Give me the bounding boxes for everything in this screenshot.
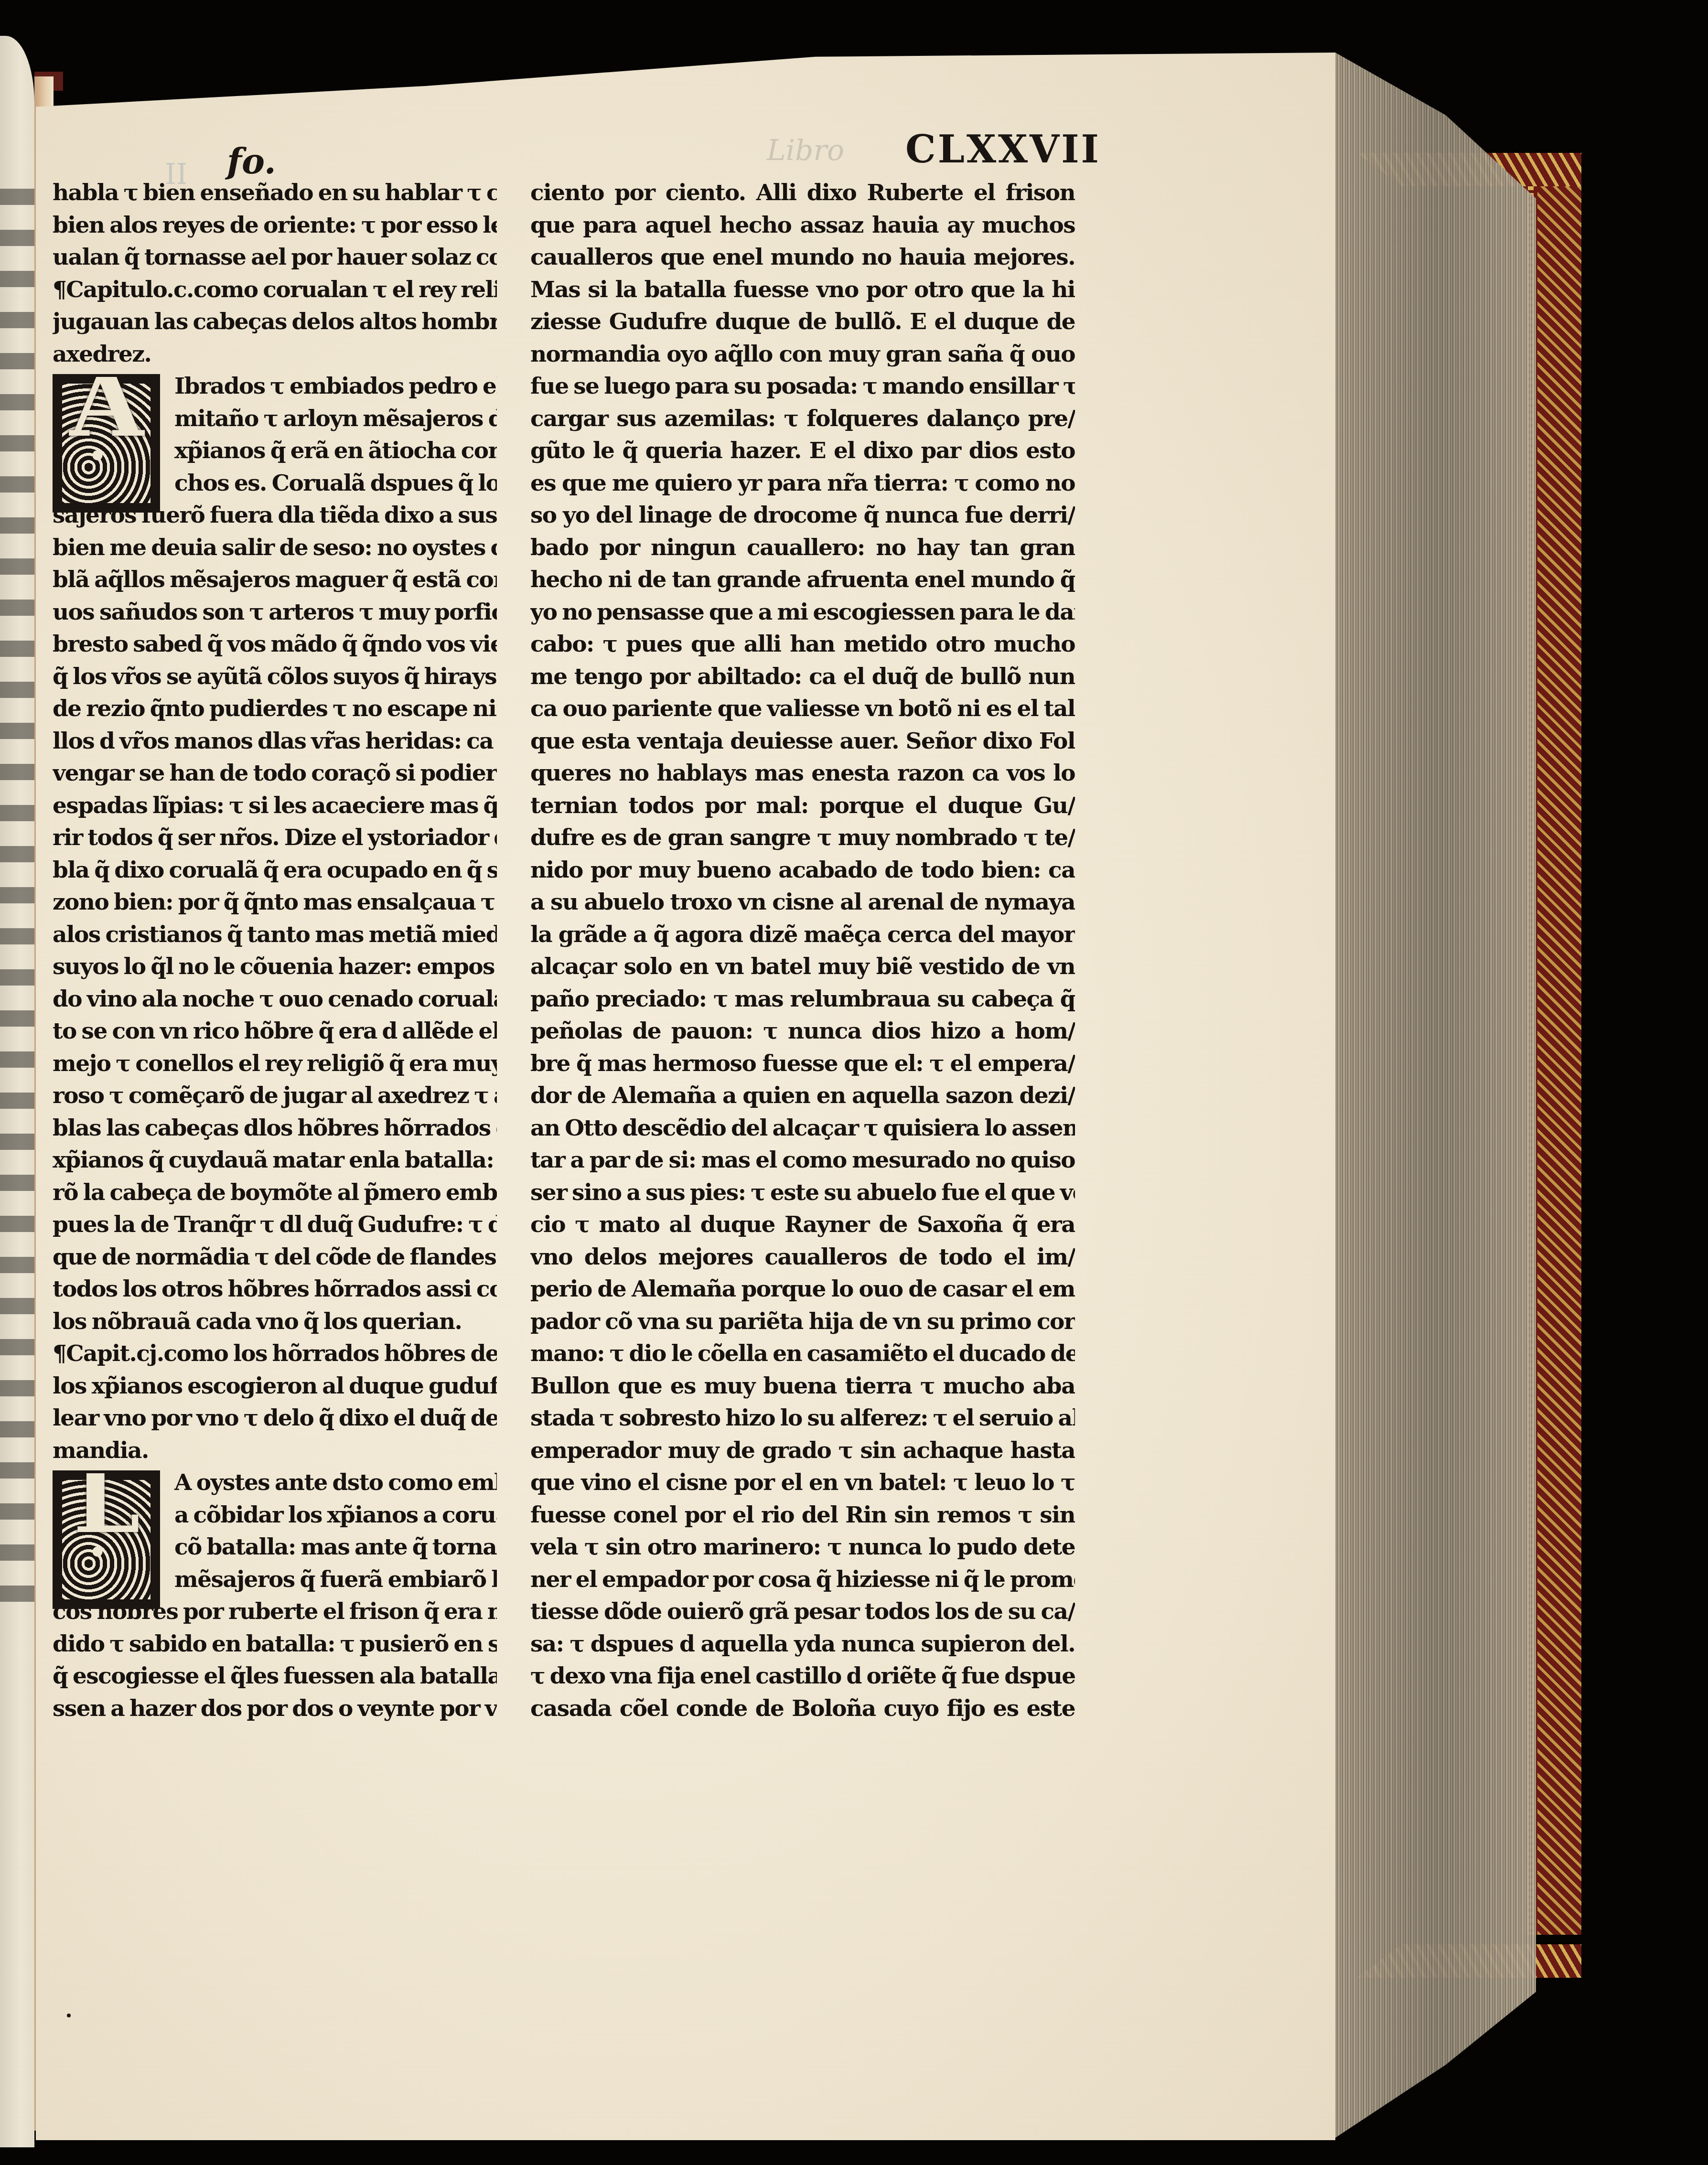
text-line: tar a par de si: mas el como mesurado no… xyxy=(530,1144,1075,1177)
text-line: stada τ sobresto hizo lo su alferez: τ e… xyxy=(530,1402,1075,1435)
text-line: ser sino a sus pies: τ este su abuelo fu… xyxy=(530,1177,1075,1209)
text-line: la grãde a q̃ agora dizẽ maẽça cerca del… xyxy=(530,919,1075,951)
text-line: rir todos q̃ ser nr̃os. Dize el ystoriad… xyxy=(53,822,497,854)
initial-letter: A xyxy=(55,386,157,419)
text-line: roso τ comẽçarõ de jugar al axedrez τ al… xyxy=(53,1080,497,1112)
text-line: to se con vn rico hõbre q̃ era d allẽde … xyxy=(53,1015,497,1048)
text-line: do vino ala noche τ ouo cenado corualan … xyxy=(53,983,497,1016)
chapter-heading: jugauan las cabeças delos altos hombres … xyxy=(53,306,497,338)
text-line: blã aq̃llos mẽsajeros maguer q̃ estã com… xyxy=(53,564,497,596)
text-line: nido por muy bueno acabado de todo bien:… xyxy=(530,854,1075,887)
text-line: caualleros que enel mundo no hauia mejor… xyxy=(530,241,1075,274)
text-line: dido τ sabido en batalla: τ pusierõ en s… xyxy=(53,1628,497,1661)
text-line: ziesse Gudufre duque de bullõ. E el duqu… xyxy=(530,306,1075,338)
text-line: que de normãdia τ del cõde de flandes: τ… xyxy=(53,1241,497,1274)
text-line: los nõbrauã cada vno q̃ los querian. xyxy=(53,1306,497,1338)
text-line: pues la de Tranq̃r τ dl duq̃ Gudufre: τ … xyxy=(53,1209,497,1241)
text-line: τ dexo vna fija enel castillo d oriẽte q… xyxy=(530,1660,1075,1693)
text-line: cabo: τ pues que alli han metido otro mu… xyxy=(530,628,1075,661)
text-line: blas las cabeças dlos hõbres hõrrados dl… xyxy=(53,1112,497,1145)
text-line: me tengo por abiltado: ca el duq̃ de bul… xyxy=(530,661,1075,693)
text-line: bla q̃ dixo corualã q̃ era ocupado en q̃… xyxy=(53,854,497,887)
text-line: queres no hablays mas enesta razon ca vo… xyxy=(530,757,1075,790)
text-line: espadas lĩpias: τ si les acaeciere mas q… xyxy=(53,790,497,822)
text-line: ualan q̃ tornasse ael por hauer solaz co… xyxy=(53,241,497,274)
decorated-initial: L xyxy=(53,1470,160,1609)
text-line: gũto le q̃ queria hazer. E el dixo par d… xyxy=(530,435,1075,467)
decorated-initial: A xyxy=(53,374,160,513)
text-line: q̃ los vr̃os se ayũtã cõlos suyos q̃ hir… xyxy=(53,661,497,693)
text-line: normandia oyo aq̃llo con muy gran saña q… xyxy=(530,338,1075,371)
text-line: suyos lo q̃l no le cõuenia hazer: empos … xyxy=(53,951,497,983)
text-line: sa: τ dspues d aquella yda nunca supiero… xyxy=(530,1628,1075,1661)
text-line: peñolas de pauon: τ nunca dios hizo a ho… xyxy=(530,1015,1075,1048)
text-line: tiesse dõde ouierõ grã pesar todos los d… xyxy=(530,1596,1075,1628)
text-line: bado por ningun cauallero: no hay tan gr… xyxy=(530,532,1075,564)
text-line: paño preciado: τ mas relumbraua su cabeç… xyxy=(530,983,1075,1016)
text-line: fuesse conel por el rio del Rin sin remo… xyxy=(530,1499,1075,1532)
running-head-folio: fo. xyxy=(227,141,276,182)
text-line: bresto sabed q̃ vos mãdo q̃ q̃ndo vos vi… xyxy=(53,628,497,661)
text-line: bien alos reyes de oriente: τ por esso l… xyxy=(53,209,497,242)
chapter-heading: los xp̃ianos escogieron al duque gudufre… xyxy=(53,1370,497,1403)
chapter-heading: lear vno por vno τ delo q̃ dixo el duq̃ … xyxy=(53,1402,497,1435)
text-line: uos sañudos son τ arteros τ muy porfioso… xyxy=(53,596,497,629)
text-line: alos cristianos q̃ tanto mas metiã miedo… xyxy=(53,919,497,951)
text-line: fue se luego para su posada: τ mando ens… xyxy=(530,370,1075,403)
text-line: xp̃ianos q̃ cuydauã matar enla batalla: … xyxy=(53,1144,497,1177)
text-line: bien me deuia salir de seso: no oystes c… xyxy=(53,532,497,564)
text-line: an Otto descẽdio del alcaçar τ quisiera … xyxy=(530,1112,1075,1145)
text-line: ternian todos por mal: porque el duque G… xyxy=(530,790,1075,822)
text-line: vela τ sin otro marinero: τ nunca lo pud… xyxy=(530,1531,1075,1564)
ink-mark xyxy=(67,2014,71,2017)
text-line: mano: τ dio le cõella en casamiẽto el du… xyxy=(530,1338,1075,1370)
gilt-tooling xyxy=(1537,186,1581,1935)
text-line: ner el empador por cosa q̃ hiziesse ni q… xyxy=(530,1564,1075,1596)
text-line: casada cõel conde de Boloña cuyo fijo es… xyxy=(530,1693,1075,1725)
text-line: Bullon que es muy buena tierra τ mucho a… xyxy=(530,1370,1075,1403)
chapter-heading: ¶Capitulo.c.como corualan τ el rey relig… xyxy=(53,274,497,306)
text-line: a su abuelo troxo vn cisne al arenal de … xyxy=(530,886,1075,919)
previous-page-edge xyxy=(0,36,34,2147)
text-line: que para aquel hecho assaz hauia ay much… xyxy=(530,209,1075,242)
text-line: habla τ bien enseñado en su hablar τ con… xyxy=(53,177,497,209)
text-line: es que me quiero yr para nr̃a tierra: τ … xyxy=(530,467,1075,500)
text-line: vno delos mejores caualleros de todo el … xyxy=(530,1241,1075,1274)
text-line: rõ la cabeça de boymõte al p̃mero embite… xyxy=(53,1177,497,1209)
chapter-heading: axedrez. xyxy=(53,338,497,371)
text-line: hecho ni de tan grande afruenta enel mun… xyxy=(530,564,1075,596)
page-fore-edge xyxy=(1335,53,1536,2138)
chapter-heading: mandia. xyxy=(53,1435,497,1467)
text-line: de rezio q̃nto pudierdes τ no escape nin… xyxy=(53,693,497,725)
text-line: cargar sus azemilas: τ folqueres dalanço… xyxy=(530,403,1075,435)
text-line: perio de Alemaña porque lo ouo de casar … xyxy=(530,1273,1075,1306)
text-line: yo no pensasse que a mi escogiessen para… xyxy=(530,596,1075,629)
text-line: Mas si la batalla fuesse vno por otro qu… xyxy=(530,274,1075,306)
text-line: bre q̃ mas hermoso fuesse que el: τ el e… xyxy=(530,1048,1075,1080)
text-line: ciento por ciento. Alli dixo Ruberte el … xyxy=(530,177,1075,209)
chapter-heading: ¶Capit.cj.como los hõrrados hõbres de xyxy=(53,1338,497,1370)
text-line: pador cõ vna su pariẽta hija de vn su pr… xyxy=(530,1306,1075,1338)
text-line: cio τ mato al duque Rayner de Saxoña q̃ … xyxy=(530,1209,1075,1241)
text-line: que vino el cisne por el en vn batel: τ … xyxy=(530,1467,1075,1499)
initial-letter: L xyxy=(55,1483,157,1515)
previous-page-text xyxy=(0,189,34,1622)
text-line: ssen a hazer dos por dos o veynte por ve… xyxy=(53,1693,497,1725)
text-line: vengar se han de todo coraçõ si podierẽ … xyxy=(53,757,497,790)
text-line: todos los otros hõbres hõrrados assi com… xyxy=(53,1273,497,1306)
text-line: alcaçar solo en vn batel muy biẽ vestido… xyxy=(530,951,1075,983)
text-line: so yo del linage de drocome q̃ nunca fue… xyxy=(530,499,1075,532)
text-line: q̃ escogiesse el q̃les fuessen ala batal… xyxy=(53,1660,497,1693)
text-line: zono bien: por q̃ q̃nto mas ensalçaua τ … xyxy=(53,886,497,919)
text-line: dufre es de gran sangre τ muy nombrado τ… xyxy=(530,822,1075,854)
text-line: dor de Alemaña a quien en aquella sazon … xyxy=(530,1080,1075,1112)
show-through-running-head: Libro xyxy=(767,134,844,167)
text-column-left: habla τ bien enseñado en su hablar τ con… xyxy=(53,177,497,1725)
text-column-right: ciento por ciento. Alli dixo Ruberte el … xyxy=(530,177,1075,1725)
text-line: ca ouo pariente que valiesse vn botõ ni … xyxy=(530,693,1075,725)
text-line: que esta ventaja deuiesse auer. Señor di… xyxy=(530,725,1075,758)
folio-number: CLXXVII xyxy=(905,127,1101,171)
text-line: mejo τ conellos el rey religiõ q̃ era mu… xyxy=(53,1048,497,1080)
text-line: llos d vr̃os manos dlas vr̃as heridas: c… xyxy=(53,725,497,758)
text-line: emperador muy de grado τ sin achaque has… xyxy=(530,1435,1075,1467)
